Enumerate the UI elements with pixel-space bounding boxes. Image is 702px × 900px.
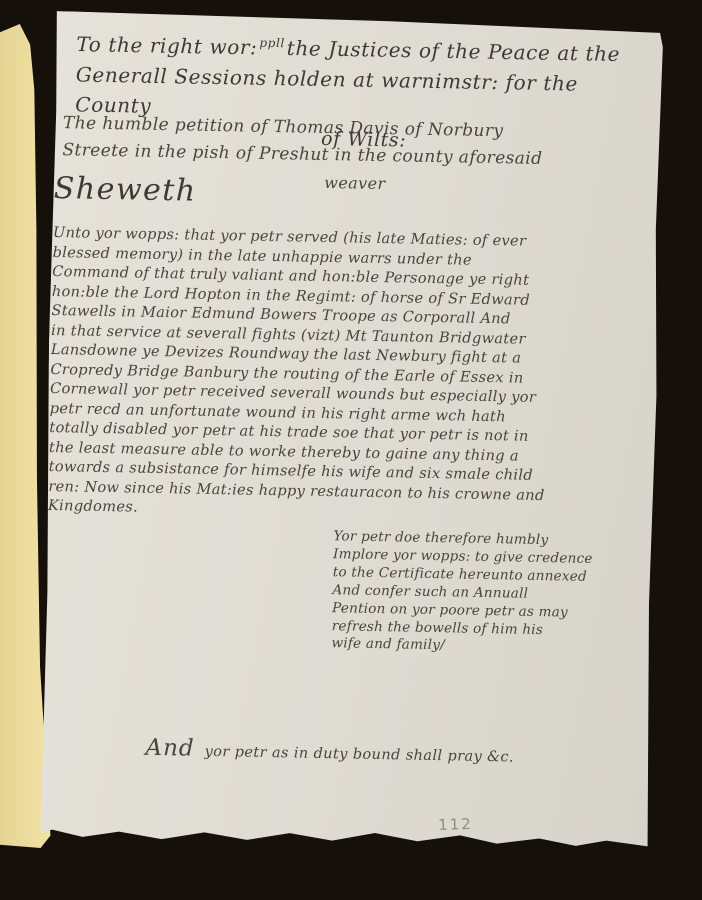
salutation-line1-post: the Justices of the Peace at the	[287, 36, 621, 66]
photo-background: To the right wor:ppllthe Justices of the…	[0, 0, 702, 900]
prayer-paragraph: Yor petr doe therefore humbly Implore yo…	[331, 528, 635, 659]
petition-body: Unto yor wopps: that yor petr served (hi…	[48, 223, 655, 526]
salutation-line1-pre: To the right wor:	[76, 32, 257, 59]
folio-number-pencil: 112	[438, 815, 473, 834]
superscript-abbreviation: ppll	[259, 36, 285, 50]
petition-paper: To the right wor:ppllthe Justices of the…	[40, 11, 664, 853]
closing-line: Andyor petr as in duty bound shall pray …	[145, 735, 514, 768]
closing-and-word: And	[145, 735, 195, 762]
closing-rest: yor petr as in duty bound shall pray &c.	[204, 744, 514, 766]
sheweth-heading: Sheweth	[53, 171, 197, 209]
